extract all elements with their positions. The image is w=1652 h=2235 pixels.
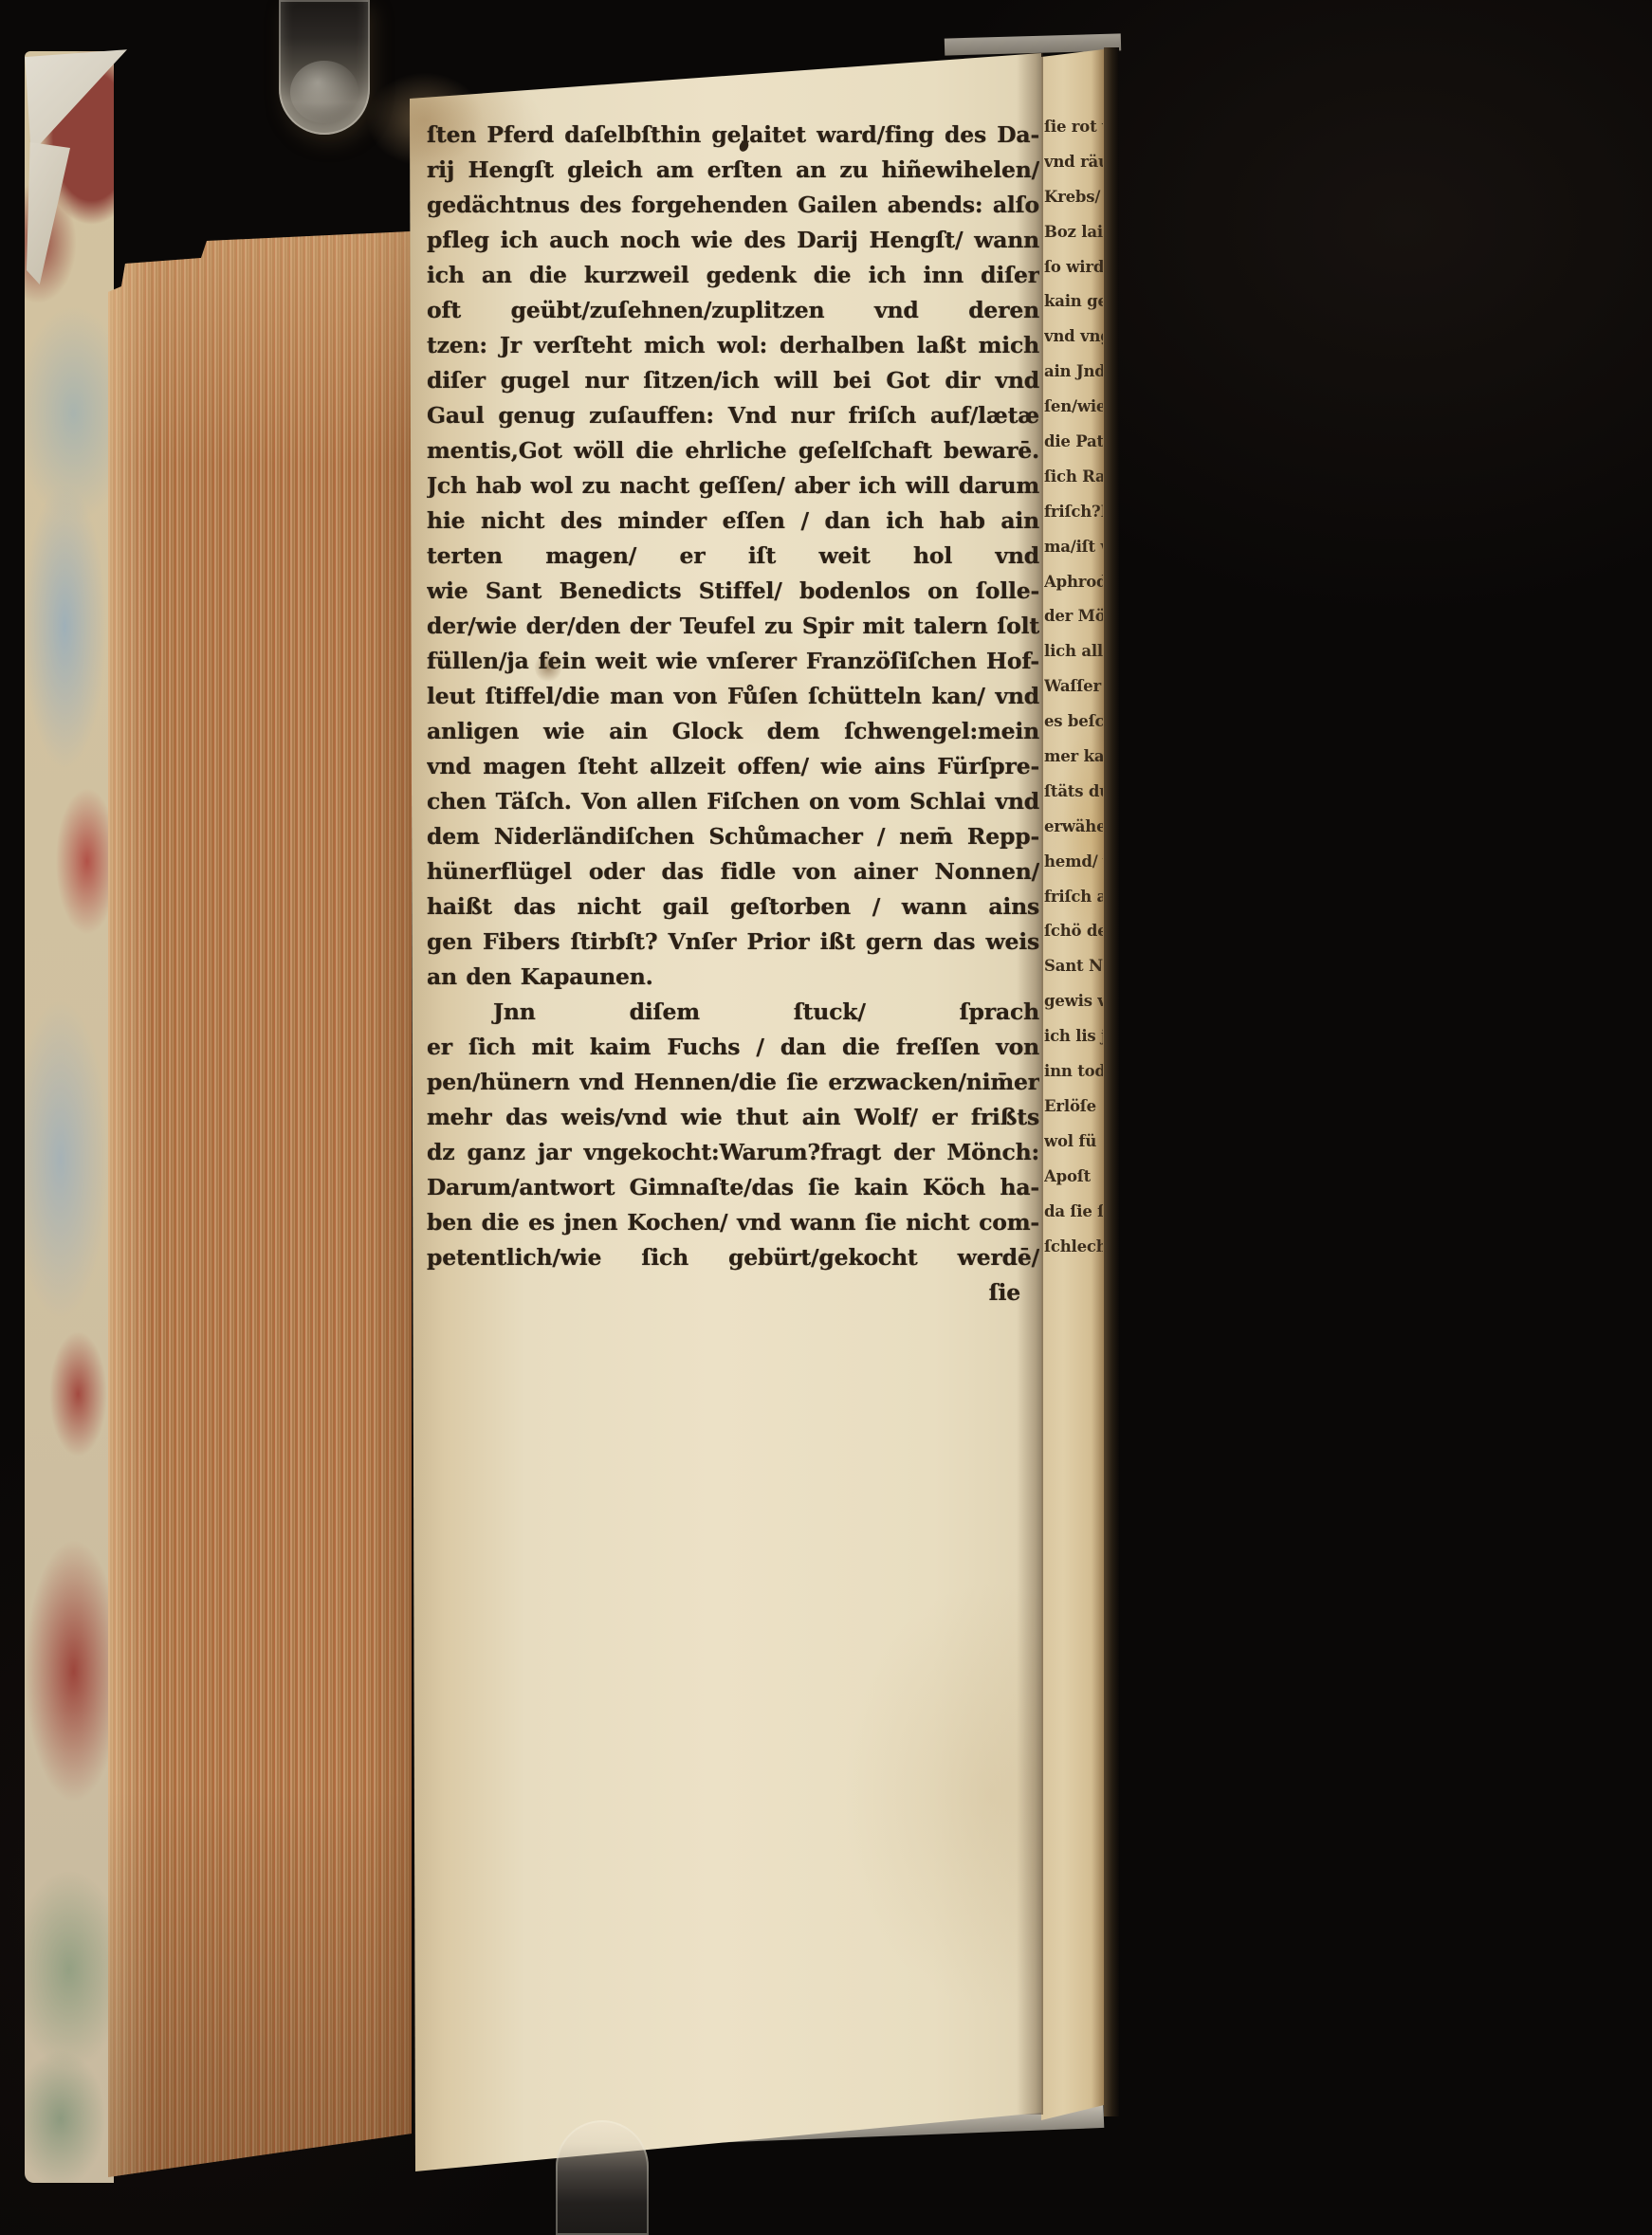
fragment-line: ſen/wie d	[1044, 390, 1103, 425]
text-line: hünerflügel oder das fidle von ainer Non…	[427, 854, 1039, 889]
text-line: er ſich mit kaim Fuchs / dan die freſſen…	[427, 1030, 1039, 1065]
text-line: dem Niderländiſchen Schůmacher / nem̄ Re…	[427, 819, 1039, 854]
fragment-line: ſtäts du	[1044, 775, 1103, 810]
text-line: ben die es jnen Kochen/ vnd wann ſie nic…	[427, 1205, 1039, 1240]
fragment-line: Apoſt	[1044, 1160, 1103, 1195]
text-line: leut ſtiffel/die man von Fůſen ſchütteln…	[427, 679, 1039, 714]
text-line: dz ganz jar vngekocht:Warum?fragt der Mö…	[427, 1135, 1039, 1170]
text-line: vnd magen ſteht allzeit offen/ wie ains …	[427, 749, 1039, 784]
facing-page-strip: ſie rot vvnd räuKrebs/Boz laidſo wirdkai…	[1041, 49, 1104, 2120]
text-line: ſten Pferd daſelbſthin gelaitet ward/fin…	[427, 118, 1039, 153]
text-line: anligen wie ain Glock dem ſchwengel:mein…	[427, 714, 1039, 749]
text-line: mentis,Got wöll die ehrliche geſelſchaft…	[427, 433, 1039, 468]
text-line: rij Hengſt gleich am erſten an zu hiñewi…	[427, 153, 1039, 188]
fragment-line: ain Jndi	[1044, 355, 1103, 390]
fragment-line: ſich Rac	[1044, 460, 1103, 495]
fragment-line: Aphrod	[1044, 565, 1103, 600]
fragment-line: vnd räu	[1044, 145, 1103, 180]
fragment-line: der Mön	[1044, 599, 1103, 634]
fragment-line: da ſie ſ	[1044, 1195, 1103, 1230]
fragment-line: erwähe	[1044, 810, 1103, 845]
book-photograph: ſie rot vvnd räuKrebs/Boz laidſo wirdkai…	[0, 0, 1652, 2235]
fragment-line: mer kain	[1044, 740, 1103, 775]
fragment-line: vnd vng	[1044, 320, 1103, 355]
text-line: wie Sant Benedicts Stiffel/ bodenlos on …	[427, 574, 1039, 609]
facing-page-text-fragments: ſie rot vvnd räuKrebs/Boz laidſo wirdkai…	[1041, 49, 1104, 1264]
text-line: ich an die kurzweil gedenk die ich inn d…	[427, 258, 1039, 293]
text-line: Darum/antwort Gimnaſte/das ſie kain Köch…	[427, 1170, 1039, 1205]
fragment-line: Sant N	[1044, 949, 1103, 984]
page-text-block: ſten Pferd daſelbſthin gelaitet ward/fin…	[427, 118, 1039, 1310]
text-line: petentlich/wie ſich gebürt/gekocht werdē…	[427, 1240, 1039, 1275]
fragment-line: friſch au	[1044, 880, 1103, 915]
text-line: chen Täſch. Von allen Fiſchen on vom Sch…	[427, 784, 1039, 819]
text-line: Jnn diſem ſtuck/ ſprach Gimnaſte/verglei…	[427, 995, 1039, 1030]
fragment-line: hemd/ v	[1044, 845, 1103, 880]
fragment-line: Waſſer	[1044, 669, 1103, 705]
fragment-line: Erlöſe	[1044, 1090, 1103, 1125]
strap-glass-highlight	[290, 61, 358, 123]
fragment-line: ſchö dei	[1044, 914, 1103, 949]
fragment-line: ma/iſt w	[1044, 530, 1103, 565]
book-fore-edge	[108, 231, 412, 2181]
marbled-cover-edge	[25, 51, 114, 2183]
text-line: haißt das nicht gail geſtorben / wann ai…	[427, 889, 1039, 925]
fragment-line: friſch?D	[1044, 495, 1103, 530]
fragment-line: die Pate	[1044, 425, 1103, 460]
text-line: terten magen/ er iſt weit hol vnd Wachte…	[427, 539, 1039, 574]
text-line: pen/hünern vnd Hennen/die ſie erzwacken/…	[427, 1065, 1039, 1100]
text-line: füllen/ja fein weit wie vnſerer Franzöſi…	[427, 644, 1039, 679]
text-line: an den Kapaunen.	[427, 960, 1039, 995]
fragment-line: inn tod	[1044, 1054, 1103, 1090]
text-line: Jch hab wol zu nacht geſſen/ aber ich wi…	[427, 468, 1039, 504]
retaining-strap-bottom	[556, 2120, 649, 2235]
fragment-line: Boz laid	[1044, 215, 1103, 250]
text-line: Gaul genug zuſauffen: Vnd nur friſch auf…	[427, 398, 1039, 433]
fragment-line: es beſch	[1044, 705, 1103, 740]
text-line: tzen: Jr verſteht mich wol: derhalben la…	[427, 328, 1039, 363]
fragment-line: Krebs/	[1044, 180, 1103, 215]
text-line: gen Fibers ſtirbſt? Vnſer Prior ißt gern…	[427, 925, 1039, 960]
fragment-line: ich lis j	[1044, 1019, 1103, 1054]
text-line: diſer gugel nur ſitzen/ich will bei Got …	[427, 363, 1039, 398]
fragment-line: kain geſu	[1044, 284, 1103, 320]
page-stack-shadow-edge	[1104, 47, 1119, 2116]
text-line: hie nicht des minder eſſen / dan ich hab…	[427, 504, 1039, 539]
catchword: ſie	[427, 1275, 1039, 1310]
text-line: mehr das weis/vnd wie thut ain Wolf/ er …	[427, 1100, 1039, 1135]
fragment-line: wol fü	[1044, 1125, 1103, 1160]
text-line: der/wie der/den der Teufel zu Spir mit t…	[427, 609, 1039, 644]
text-line: oft geübt/zuſehnen/zuplitzen vnd deren n…	[427, 293, 1039, 328]
text-line: gedächtnus des forgehenden Gailen abends…	[427, 188, 1039, 223]
fragment-line: lich allze	[1044, 634, 1103, 669]
fragment-line: gewis v	[1044, 984, 1103, 1019]
fragment-line: ſchlecht	[1044, 1230, 1103, 1265]
fragment-line: ſie rot v	[1044, 110, 1103, 145]
text-line: pfleg ich auch noch wie des Darij Hengſt…	[427, 223, 1039, 258]
fragment-line: ſo wird	[1044, 250, 1103, 285]
